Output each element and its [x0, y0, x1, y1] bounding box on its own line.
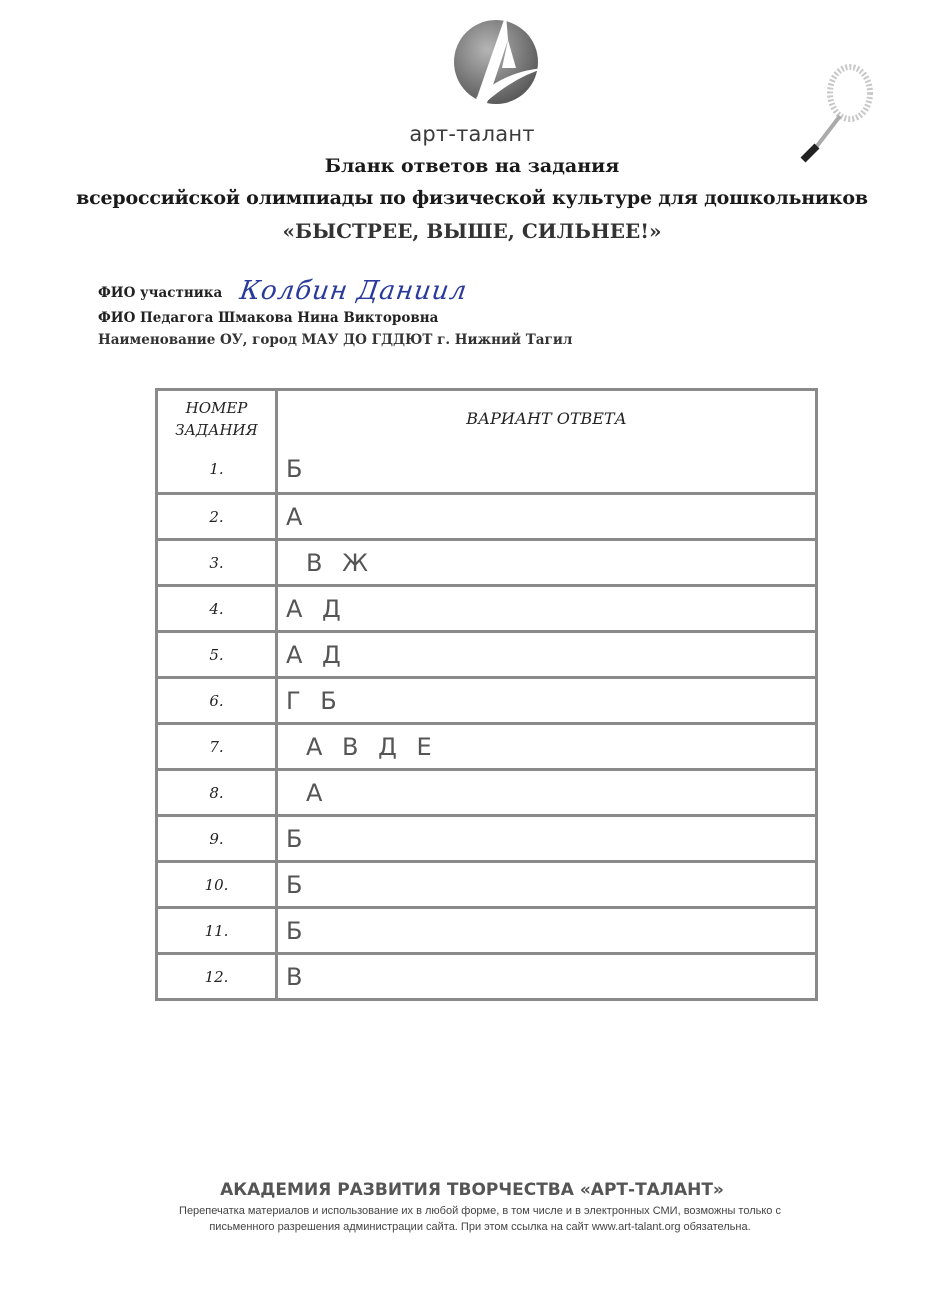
answer-field[interactable]: Б — [278, 446, 815, 492]
header-num-line2: ЗАДАНИЯ — [175, 419, 258, 441]
handwritten-answer: А — [306, 779, 328, 807]
answer-field[interactable]: В — [278, 955, 815, 998]
table-row: 9.Б — [158, 814, 815, 860]
art-talant-logo-icon — [446, 10, 546, 110]
answer-field[interactable]: Б — [278, 863, 815, 906]
table-row: 8.А — [158, 768, 815, 814]
table-row: 3.В Ж — [158, 538, 815, 584]
handwritten-answer: А — [286, 503, 308, 531]
answer-field[interactable]: А Д — [278, 633, 815, 676]
handwritten-answer: Г Б — [286, 687, 343, 715]
task-number: 7. — [158, 725, 278, 768]
answer-field[interactable]: Г Б — [278, 679, 815, 722]
answer-field[interactable]: А — [278, 495, 815, 538]
footer-copyright: Перепечатка материалов и использование и… — [110, 1203, 850, 1235]
handwritten-answer: А Д — [286, 641, 347, 669]
answer-field[interactable]: Б — [278, 817, 815, 860]
footer-line-2: письменного разрешения администрации сай… — [110, 1219, 850, 1235]
answer-field[interactable]: А Д — [278, 587, 815, 630]
task-number: 8. — [158, 771, 278, 814]
teacher-name: ФИО Педагога Шмакова Нина Викторовна — [98, 310, 438, 326]
task-number: 2. — [158, 495, 278, 538]
table-row: 6.Г Б — [158, 676, 815, 722]
handwritten-answer: Б — [286, 825, 308, 853]
task-number: 12. — [158, 955, 278, 998]
task-number: 4. — [158, 587, 278, 630]
task-number: 9. — [158, 817, 278, 860]
task-number: 3. — [158, 541, 278, 584]
table-row: 10.Б — [158, 860, 815, 906]
table-header: НОМЕР ЗАДАНИЯ ВАРИАНТ ОТВЕТА — [158, 391, 815, 446]
footer-title: АКАДЕМИЯ РАЗВИТИЯ ТВОРЧЕСТВА «АРТ-ТАЛАНТ… — [0, 1180, 944, 1200]
answer-field[interactable]: А В Д Е — [278, 725, 815, 768]
handwritten-answer: Б — [286, 917, 308, 945]
header-task-number: НОМЕР ЗАДАНИЯ — [158, 391, 278, 446]
task-number: 6. — [158, 679, 278, 722]
table-row: 7.А В Д Е — [158, 722, 815, 768]
table-row: 4.А Д — [158, 584, 815, 630]
handwritten-answer: А Д — [286, 595, 347, 623]
participant-label: ФИО участника — [98, 285, 222, 301]
olympiad-subtitle: всероссийской олимпиады по физической ку… — [0, 187, 944, 209]
answer-field[interactable]: А — [278, 771, 815, 814]
task-number: 5. — [158, 633, 278, 676]
table-row: 1.Б — [158, 446, 815, 492]
answer-table: НОМЕР ЗАДАНИЯ ВАРИАНТ ОТВЕТА 1.Б2.А3.В Ж… — [155, 388, 818, 1001]
footer-line-1: Перепечатка материалов и использование и… — [110, 1203, 850, 1219]
handwritten-answer: В — [286, 963, 308, 991]
form-title: Бланк ответов на задания — [0, 155, 944, 177]
answer-field[interactable]: Б — [278, 909, 815, 952]
table-row: 12.В — [158, 952, 815, 998]
header-answer: ВАРИАНТ ОТВЕТА — [278, 391, 815, 446]
participant-name-field[interactable]: Колбин Даниил — [238, 276, 469, 306]
table-row: 11.Б — [158, 906, 815, 952]
handwritten-answer: А В Д Е — [306, 733, 438, 761]
institution-name: Наименование ОУ, город МАУ ДО ГДДЮТ г. Н… — [98, 332, 572, 348]
handwritten-answer: Б — [286, 871, 308, 899]
table-row: 2.А — [158, 492, 815, 538]
answer-field[interactable]: В Ж — [278, 541, 815, 584]
handwritten-answer: Б — [286, 455, 308, 483]
task-number: 1. — [158, 446, 278, 492]
tennis-racket-icon — [795, 58, 885, 168]
olympiad-name: «БЫСТРЕЕ, ВЫШЕ, СИЛЬНЕЕ!» — [0, 219, 944, 243]
task-number: 11. — [158, 909, 278, 952]
task-number: 10. — [158, 863, 278, 906]
table-row: 5.А Д — [158, 630, 815, 676]
handwritten-answer: В Ж — [306, 549, 374, 577]
header-num-line1: НОМЕР — [186, 397, 248, 419]
